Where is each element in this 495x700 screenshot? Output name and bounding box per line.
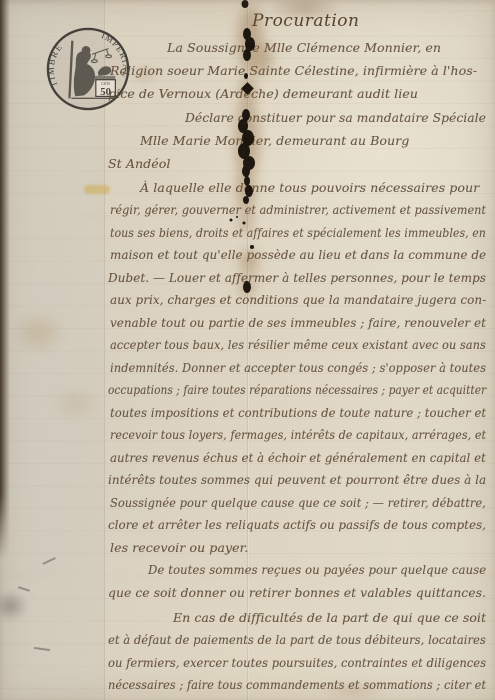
handwriting-line-2: Religion soeur Marie Sainte Célestine, i… xyxy=(110,63,477,78)
handwriting-line-22: clore et arrêter les reliquats actifs ou… xyxy=(108,517,486,532)
handwriting-line-12: aux prix, charges et conditions que la m… xyxy=(110,292,486,307)
handwriting-line-25: que ce soit donner ou retirer bonnes et … xyxy=(108,585,486,600)
watermark-text: CARTES POSTALES xyxy=(74,330,85,472)
handwriting-line-11: Dubet. — Louer et affermer à telles pers… xyxy=(108,270,486,285)
handwriting-line-7: À laquelle elle donne tous pouvoirs néce… xyxy=(140,180,479,195)
handwriting-line-6: St Andéol xyxy=(108,156,170,171)
handwriting-line-13: venable tout ou partie de ses immeubles … xyxy=(110,315,486,330)
handwriting-line-10: maison et tout qu'elle possède au lieu e… xyxy=(110,247,486,262)
handwriting-line-28: ou fermiers, exercer toutes poursuites, … xyxy=(108,655,486,670)
document-title: Procuration xyxy=(252,11,359,31)
handwriting-line-1: La Soussignée Mlle Clémence Monnier, en xyxy=(167,40,441,55)
handwriting-line-17: toutes impositions et contributions de t… xyxy=(110,405,486,420)
handwriting-line-5: Mlle Marie Monnier, demeurant au Bourg xyxy=(140,133,409,148)
handwriting-line-19: autres revenus échus et à échoir et géné… xyxy=(110,450,486,465)
left-edge-shadow xyxy=(0,0,10,560)
handwriting-line-15: indemnités. Donner et accepter tous cong… xyxy=(110,360,486,375)
handwriting-line-9: tous ses biens, droits et affaires et sp… xyxy=(110,225,486,240)
handwriting-line-16: occupations ; faire toutes réparations n… xyxy=(108,382,486,397)
handwriting-line-23: les recevoir ou payer. xyxy=(110,540,248,555)
watermark-text-2: CARTES POSTALES xyxy=(74,558,85,700)
handwriting-line-14: accepter tous baux, les résilier même ce… xyxy=(110,337,486,352)
handwriting-line-3: pice de Vernoux (Ardèche) demeurant audi… xyxy=(108,86,418,101)
handwriting-line-21: Soussignée pour quelque cause que ce soi… xyxy=(110,495,486,510)
handwriting-line-27: et à défaut de paiements de la part de t… xyxy=(108,632,486,647)
document-scan: CARTES POSTALES CARTES POSTALES TIMBRE I… xyxy=(0,0,495,700)
handwriting-line-20: intérêts toutes sommes qui peuvent et po… xyxy=(108,472,486,487)
handwriting-line-8: régir, gérer, gouverner et administrer, … xyxy=(110,202,486,217)
handwriting-line-29: nécessaires ; faire tous commandements e… xyxy=(108,677,486,692)
handwriting-line-18: recevoir tous loyers, fermages, intérêts… xyxy=(110,427,486,442)
handwriting-line-24: De toutes sommes reçues ou payées pour q… xyxy=(148,562,486,577)
handwriting-line-26: En cas de difficultés de la part de qui … xyxy=(173,610,486,625)
handwriting-line-4: Déclare constituer pour sa mandataire Sp… xyxy=(185,110,486,125)
